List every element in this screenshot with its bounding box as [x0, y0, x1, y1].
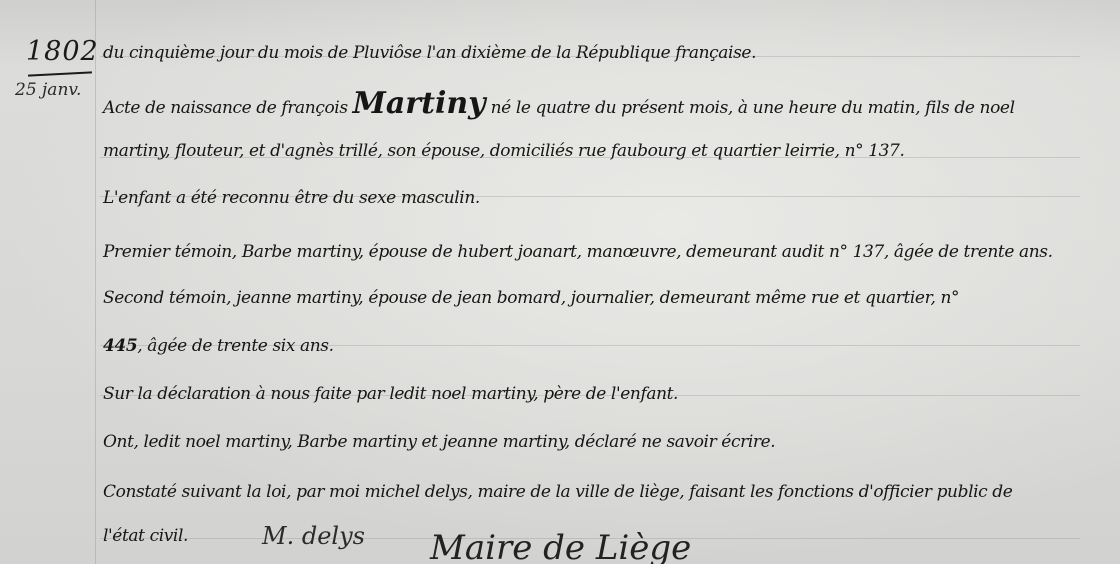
line-text: Acte de naissance de françois	[103, 98, 353, 118]
margin-date: 25 janv.	[15, 80, 81, 100]
record-line-6: Second témoin, jeanne martiny, épouse de…	[103, 288, 959, 308]
record-line-11: l'état civil.	[103, 526, 188, 546]
record-line-7: 445, âgée de trente six ans.	[103, 336, 334, 356]
record-line-1: du cinquième jour du mois de Pluviôse l'…	[103, 43, 756, 63]
record-line-8: Sur la déclaration à nous faite par ledi…	[103, 384, 678, 404]
margin-year-underline	[28, 71, 92, 76]
margin-year: 1802	[26, 36, 99, 67]
record-line-3: martiny, flouteur, et d'agnès trillé, so…	[103, 141, 904, 161]
signature-mayor: M. delys	[262, 522, 365, 550]
margin-rule	[95, 0, 96, 564]
record-line-5: Premier témoin, Barbe martiny, épouse de…	[103, 242, 1053, 262]
house-number: 445	[103, 336, 137, 356]
record-line-10: Constaté suivant la loi, par moi michel …	[103, 482, 1012, 502]
record-line-2: Acte de naissance de françois Martiny né…	[103, 86, 1015, 121]
record-line-4: L'enfant a été reconnu être du sexe masc…	[103, 188, 480, 208]
line-text: né le quatre du présent mois, à une heur…	[486, 98, 1015, 118]
record-line-9: Ont, ledit noel martiny, Barbe martiny e…	[103, 432, 775, 452]
signature-title: Maire de Liège	[430, 528, 691, 564]
child-surname: Martiny	[353, 86, 486, 121]
line-text: , âgée de trente six ans.	[137, 336, 333, 356]
register-page: 1802 25 janv. du cinquième jour du mois …	[0, 0, 1120, 564]
